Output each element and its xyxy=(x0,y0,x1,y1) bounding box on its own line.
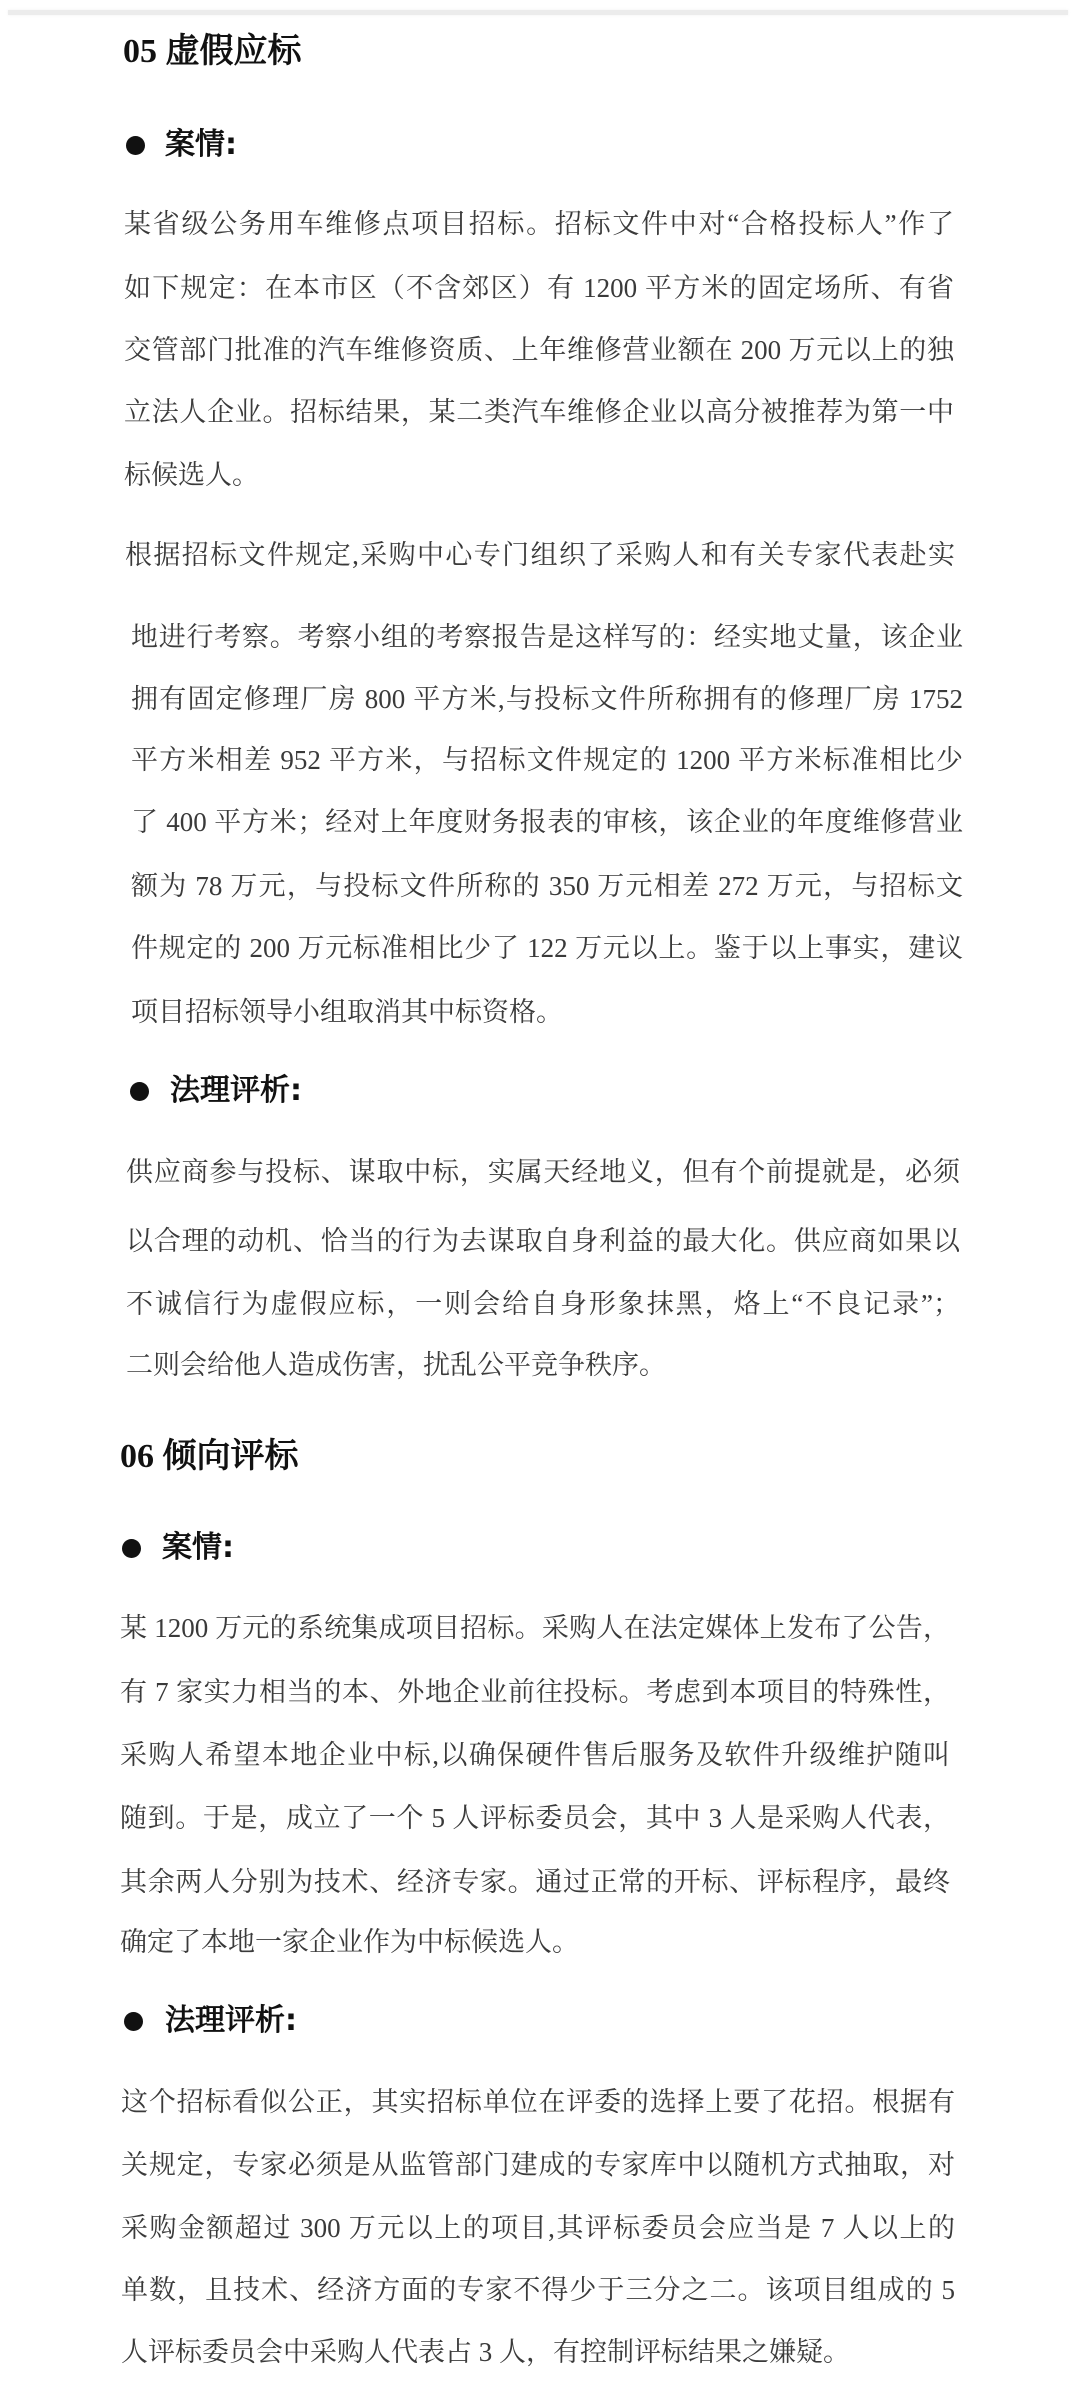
text-line: 项目招标领导小组取消其中标资格。 xyxy=(131,992,963,1032)
top-divider xyxy=(8,10,1068,15)
text-line: 了 400 平方米；经对上年度财务报表的审核，该企业的年度维修营业 xyxy=(131,802,963,842)
text-line: 随到。于是，成立了一个 5 人评标委员会，其中 3 人是采购人代表， xyxy=(120,1798,950,1838)
text-line: 某 1200 万元的系统集成项目招标。采购人在法定媒体上发布了公告， xyxy=(120,1608,950,1648)
text-line: 根据招标文件规定,采购中心专门组织了采购人和有关专家代表赴实 xyxy=(125,535,955,575)
text-line: 以合理的动机、恰当的行为去谋取自身利益的最大化。供应商如果以 xyxy=(126,1221,960,1261)
text-line: 采购人希望本地企业中标,以确保硬件售后服务及软件升级维护随叫 xyxy=(120,1735,950,1775)
case-label: 案情: xyxy=(162,1528,234,1568)
text-line: 地进行考察。考察小组的考察报告是这样写的：经实地丈量，该企业 xyxy=(131,617,963,657)
analysis-label: 法理评析: xyxy=(165,2001,297,2041)
text-line: 件规定的 200 万元标准相比少了 122 万元以上。鉴于以上事实，建议 xyxy=(131,928,963,968)
text-line: 额为 78 万元，与投标文件所称的 350 万元相差 272 万元，与招标文 xyxy=(131,866,963,906)
text-line: 交管部门批准的汽车维修资质、上年维修营业额在 200 万元以上的独 xyxy=(124,330,954,370)
text-line: 这个招标看似公正，其实招标单位在评委的选择上要了花招。根据有 xyxy=(121,2082,955,2122)
text-line: 采购金额超过 300 万元以上的项目,其评标委员会应当是 7 人以上的 xyxy=(121,2208,955,2248)
section-title-06: 06 倾向评标 xyxy=(120,1435,299,1479)
text-line: 供应商参与投标、谋取中标，实属天经地义，但有个前提就是，必须 xyxy=(126,1152,960,1192)
text-line: 立法人企业。招标结果，某二类汽车维修企业以高分被推荐为第一中 xyxy=(124,392,954,432)
text-line: 关规定，专家必须是从监管部门建成的专家库中以随机方式抽取，对 xyxy=(121,2145,955,2185)
bullet-icon xyxy=(122,1539,141,1558)
case-label: 案情: xyxy=(165,125,237,165)
text-line: 二则会给他人造成伤害，扰乱公平竞争秩序。 xyxy=(126,1345,960,1385)
text-line: 人评标委员会中采购人代表占 3 人，有控制评标结果之嫌疑。 xyxy=(121,2332,955,2372)
analysis-label: 法理评析: xyxy=(170,1071,302,1111)
bullet-icon xyxy=(124,2012,143,2031)
bullet-icon xyxy=(130,1082,149,1101)
text-line: 某省级公务用车维修点项目招标。招标文件中对“合格投标人”作了 xyxy=(124,204,954,244)
text-line: 确定了本地一家企业作为中标候选人。 xyxy=(120,1922,950,1962)
text-line: 单数，且技术、经济方面的专家不得少于三分之二。该项目组成的 5 xyxy=(121,2270,955,2310)
text-line: 有 7 家实力相当的本、外地企业前往投标。考虑到本项目的特殊性， xyxy=(120,1672,950,1712)
section-title-05: 05 虚假应标 xyxy=(123,30,302,74)
text-line: 平方米相差 952 平方米，与招标文件规定的 1200 平方米标准相比少 xyxy=(131,740,963,780)
text-line: 不诚信行为虚假应标，一则会给自身形象抹黑，烙上“不良记录”； xyxy=(126,1284,960,1324)
text-line: 拥有固定修理厂房 800 平方米,与投标文件所称拥有的修理厂房 1752 xyxy=(131,679,963,719)
text-line: 如下规定：在本市区（不含郊区）有 1200 平方米的固定场所、有省 xyxy=(124,268,954,308)
bullet-icon xyxy=(126,136,145,155)
text-line: 标候选人。 xyxy=(124,455,954,495)
text-line: 其余两人分别为技术、经济专家。通过正常的开标、评标程序，最终 xyxy=(120,1862,950,1902)
